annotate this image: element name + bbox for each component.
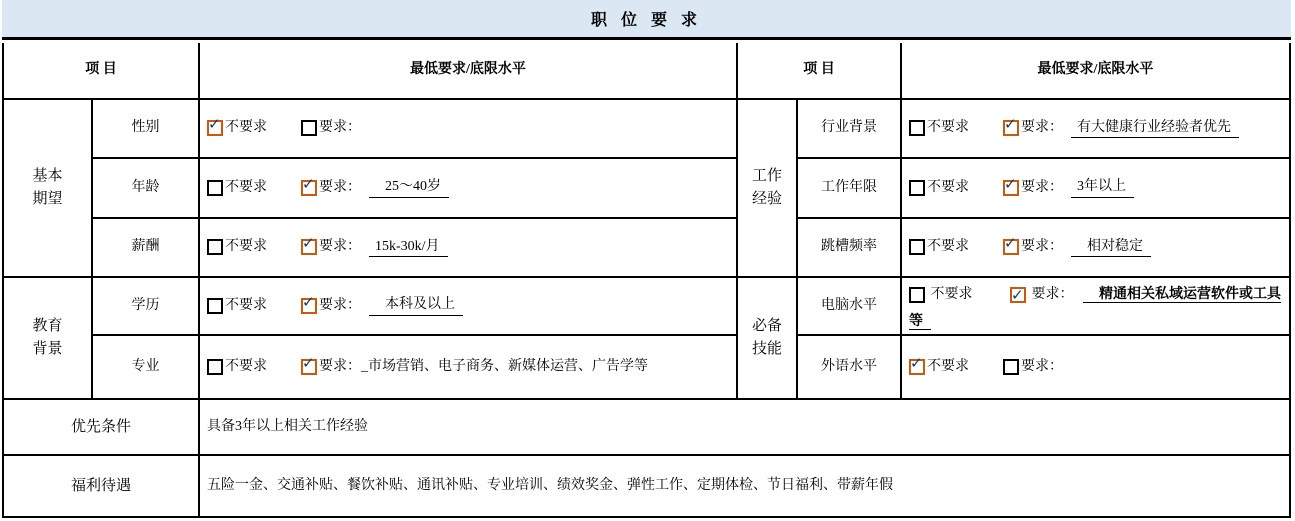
requirement-value-age: 25～40岁 (369, 178, 449, 198)
bottom-content-benefits: 五险一金、交通补贴、餐饮补贴、通讯补贴、专业培训、绩效奖金、弹性工作、定期体检、… (200, 456, 1291, 518)
item-label-salary: 薪酬 (93, 219, 200, 278)
header-requirement-left: 最低要求/底限水平 (200, 43, 738, 100)
not-required-label: 不要求 (927, 358, 969, 377)
required-option: ✓ 要求： (1003, 119, 1063, 138)
check-mark-icon: ✓ (1004, 175, 1017, 195)
header-requirement-right: 最低要求/底限水平 (902, 43, 1291, 100)
checkbox-not-required[interactable] (909, 287, 925, 303)
required-option: 要求： (301, 119, 361, 138)
check-mark-icon: ✓ (1004, 115, 1017, 135)
item-label-age: 年龄 (93, 159, 200, 219)
required-label: 要求： (319, 358, 361, 377)
checkbox-required[interactable]: ✓ (301, 359, 317, 375)
item-label-foreign-language: 外语水平 (798, 336, 902, 400)
check-mark-icon: ✓ (302, 293, 315, 313)
required-option: ✓ 要求： (1003, 238, 1063, 257)
checkbox-not-required[interactable] (207, 298, 223, 314)
check-mark-icon: ✓ (302, 234, 315, 254)
requirements-grid: 项 目 最低要求/底限水平 项 目 最低要求/底限水平 基本 期望 教育 背景 … (2, 43, 1291, 518)
not-required-option: 不要求 (207, 297, 267, 316)
checkbox-not-required[interactable] (207, 239, 223, 255)
required-label: 要求： (319, 238, 361, 257)
sheet-title: 职 位 要 求 (2, 0, 1291, 40)
required-option: ✓ 要求： (1010, 281, 1074, 308)
requirement-cell-salary: 不要求 ✓ 要求： 15k-30k/月 (200, 219, 738, 278)
checkbox-not-required[interactable]: ✓ (909, 359, 925, 375)
checkbox-not-required[interactable] (207, 359, 223, 375)
required-option: ✓ 要求： (301, 297, 361, 316)
requirement-value-degree: 本科及以上 (369, 296, 463, 316)
not-required-label: 不要求 (927, 119, 969, 138)
checkbox-required[interactable]: ✓ (1003, 239, 1019, 255)
required-label: 要求： (319, 119, 361, 138)
checkbox-not-required[interactable] (207, 180, 223, 196)
required-option: ✓ 要求： (301, 179, 361, 198)
not-required-label: 不要求 (225, 119, 267, 138)
group-label-basic-expectation: 基本 期望 (4, 100, 93, 278)
not-required-label: 不要求 (225, 238, 267, 257)
not-required-option: ✓ 不要求 (909, 358, 969, 377)
bottom-content-priority-conditions: 具备3年以上相关工作经验 (200, 400, 1291, 456)
check-mark-icon: ✓ (1011, 282, 1024, 309)
requirement-cell-foreign-language: ✓ 不要求 要求： (902, 336, 1291, 400)
checkbox-not-required[interactable] (909, 180, 925, 196)
item-label-computer-skills: 电脑水平 (798, 278, 902, 336)
group-label-essential-skills: 必备 技能 (738, 278, 798, 400)
group-label-work-experience: 工作 经验 (738, 100, 798, 278)
requirement-cell-degree: 不要求 ✓ 要求： 本科及以上 (200, 278, 738, 336)
header-item-left: 项 目 (4, 43, 200, 100)
required-option: ✓ 要求： (301, 358, 361, 377)
requirement-value-job-hopping-frequency: 相对稳定 (1071, 238, 1151, 258)
check-mark-icon: ✓ (302, 175, 315, 195)
not-required-option: 不要求 (909, 179, 969, 198)
not-required-option: 不要求 (909, 281, 973, 308)
requirement-value-major: _市场营销、电子商务、新媒体运营、广告学等 (361, 358, 648, 377)
not-required-option: 不要求 (207, 179, 267, 198)
check-mark-icon: ✓ (910, 354, 923, 374)
checkbox-required[interactable]: ✓ (1003, 120, 1019, 136)
not-required-label: 不要求 (225, 297, 267, 316)
checkbox-required[interactable] (1003, 359, 1019, 375)
item-label-major: 专业 (93, 336, 200, 400)
checkbox-required[interactable]: ✓ (301, 298, 317, 314)
required-label: 要求： (1032, 287, 1074, 302)
checkbox-not-required[interactable] (909, 120, 925, 136)
required-option: ✓ 要求： (1003, 179, 1063, 198)
checkbox-required[interactable]: ✓ (1010, 287, 1026, 303)
checkbox-not-required[interactable] (909, 239, 925, 255)
item-label-job-hopping-frequency: 跳槽频率 (798, 219, 902, 278)
required-option: ✓ 要求： (301, 238, 361, 257)
job-requirements-sheet: 职 位 要 求 项 目 最低要求/底限水平 项 目 最低要求/底限水平 基本 期… (0, 0, 1295, 521)
item-label-years-of-experience: 工作年限 (798, 159, 902, 219)
item-label-gender: 性别 (93, 100, 200, 159)
not-required-option: 不要求 (909, 238, 969, 257)
requirement-cell-major: 不要求 ✓ 要求： _市场营销、电子商务、新媒体运营、广告学等 (200, 336, 738, 400)
checkbox-not-required[interactable]: ✓ (207, 120, 223, 136)
item-label-degree: 学历 (93, 278, 200, 336)
required-label: 要求： (319, 297, 361, 316)
not-required-label: 不要求 (927, 179, 969, 198)
group-label-education-background: 教育 背景 (4, 278, 93, 400)
not-required-option: 不要求 (207, 358, 267, 377)
not-required-option: ✓ 不要求 (207, 119, 267, 138)
requirement-value-industry-background: 有大健康行业经验者优先 (1071, 119, 1239, 139)
required-label: 要求： (1021, 179, 1063, 198)
requirement-cell-gender: ✓ 不要求 要求： (200, 100, 738, 159)
not-required-label: 不要求 (225, 358, 267, 377)
not-required-option: 不要求 (207, 238, 267, 257)
requirement-value-salary: 15k-30k/月 (369, 238, 448, 258)
requirement-cell-years-of-experience: 不要求 ✓ 要求： 3年以上 (902, 159, 1291, 219)
required-label: 要求： (319, 179, 361, 198)
bottom-label-benefits: 福利待遇 (4, 456, 200, 518)
required-label: 要求： (1021, 119, 1063, 138)
check-mark-icon: ✓ (208, 115, 221, 135)
requirement-cell-industry-background: 不要求 ✓ 要求： 有大健康行业经验者优先 (902, 100, 1291, 159)
item-label-industry-background: 行业背景 (798, 100, 902, 159)
check-mark-icon: ✓ (1004, 234, 1017, 254)
required-label: 要求： (1021, 238, 1063, 257)
bottom-label-priority-conditions: 优先条件 (4, 400, 200, 456)
requirement-cell-computer-skills: 不要求 ✓ 要求： 精通相关私域运营软件或工具等 (902, 278, 1291, 336)
not-required-label: 不要求 (931, 287, 973, 302)
not-required-label: 不要求 (225, 179, 267, 198)
requirement-value-years-of-experience: 3年以上 (1071, 178, 1134, 198)
required-label: 要求： (1021, 358, 1063, 377)
checkbox-required[interactable]: ✓ (301, 180, 317, 196)
required-option: 要求： (1003, 358, 1063, 377)
not-required-option: 不要求 (909, 119, 969, 138)
header-item-right: 项 目 (738, 43, 902, 100)
requirement-cell-job-hopping-frequency: 不要求 ✓ 要求： 相对稳定 (902, 219, 1291, 278)
checkbox-required[interactable]: ✓ (1003, 180, 1019, 196)
checkbox-required[interactable] (301, 120, 317, 136)
not-required-label: 不要求 (927, 238, 969, 257)
check-mark-icon: ✓ (302, 354, 315, 374)
requirement-cell-age: 不要求 ✓ 要求： 25～40岁 (200, 159, 738, 219)
checkbox-required[interactable]: ✓ (301, 239, 317, 255)
